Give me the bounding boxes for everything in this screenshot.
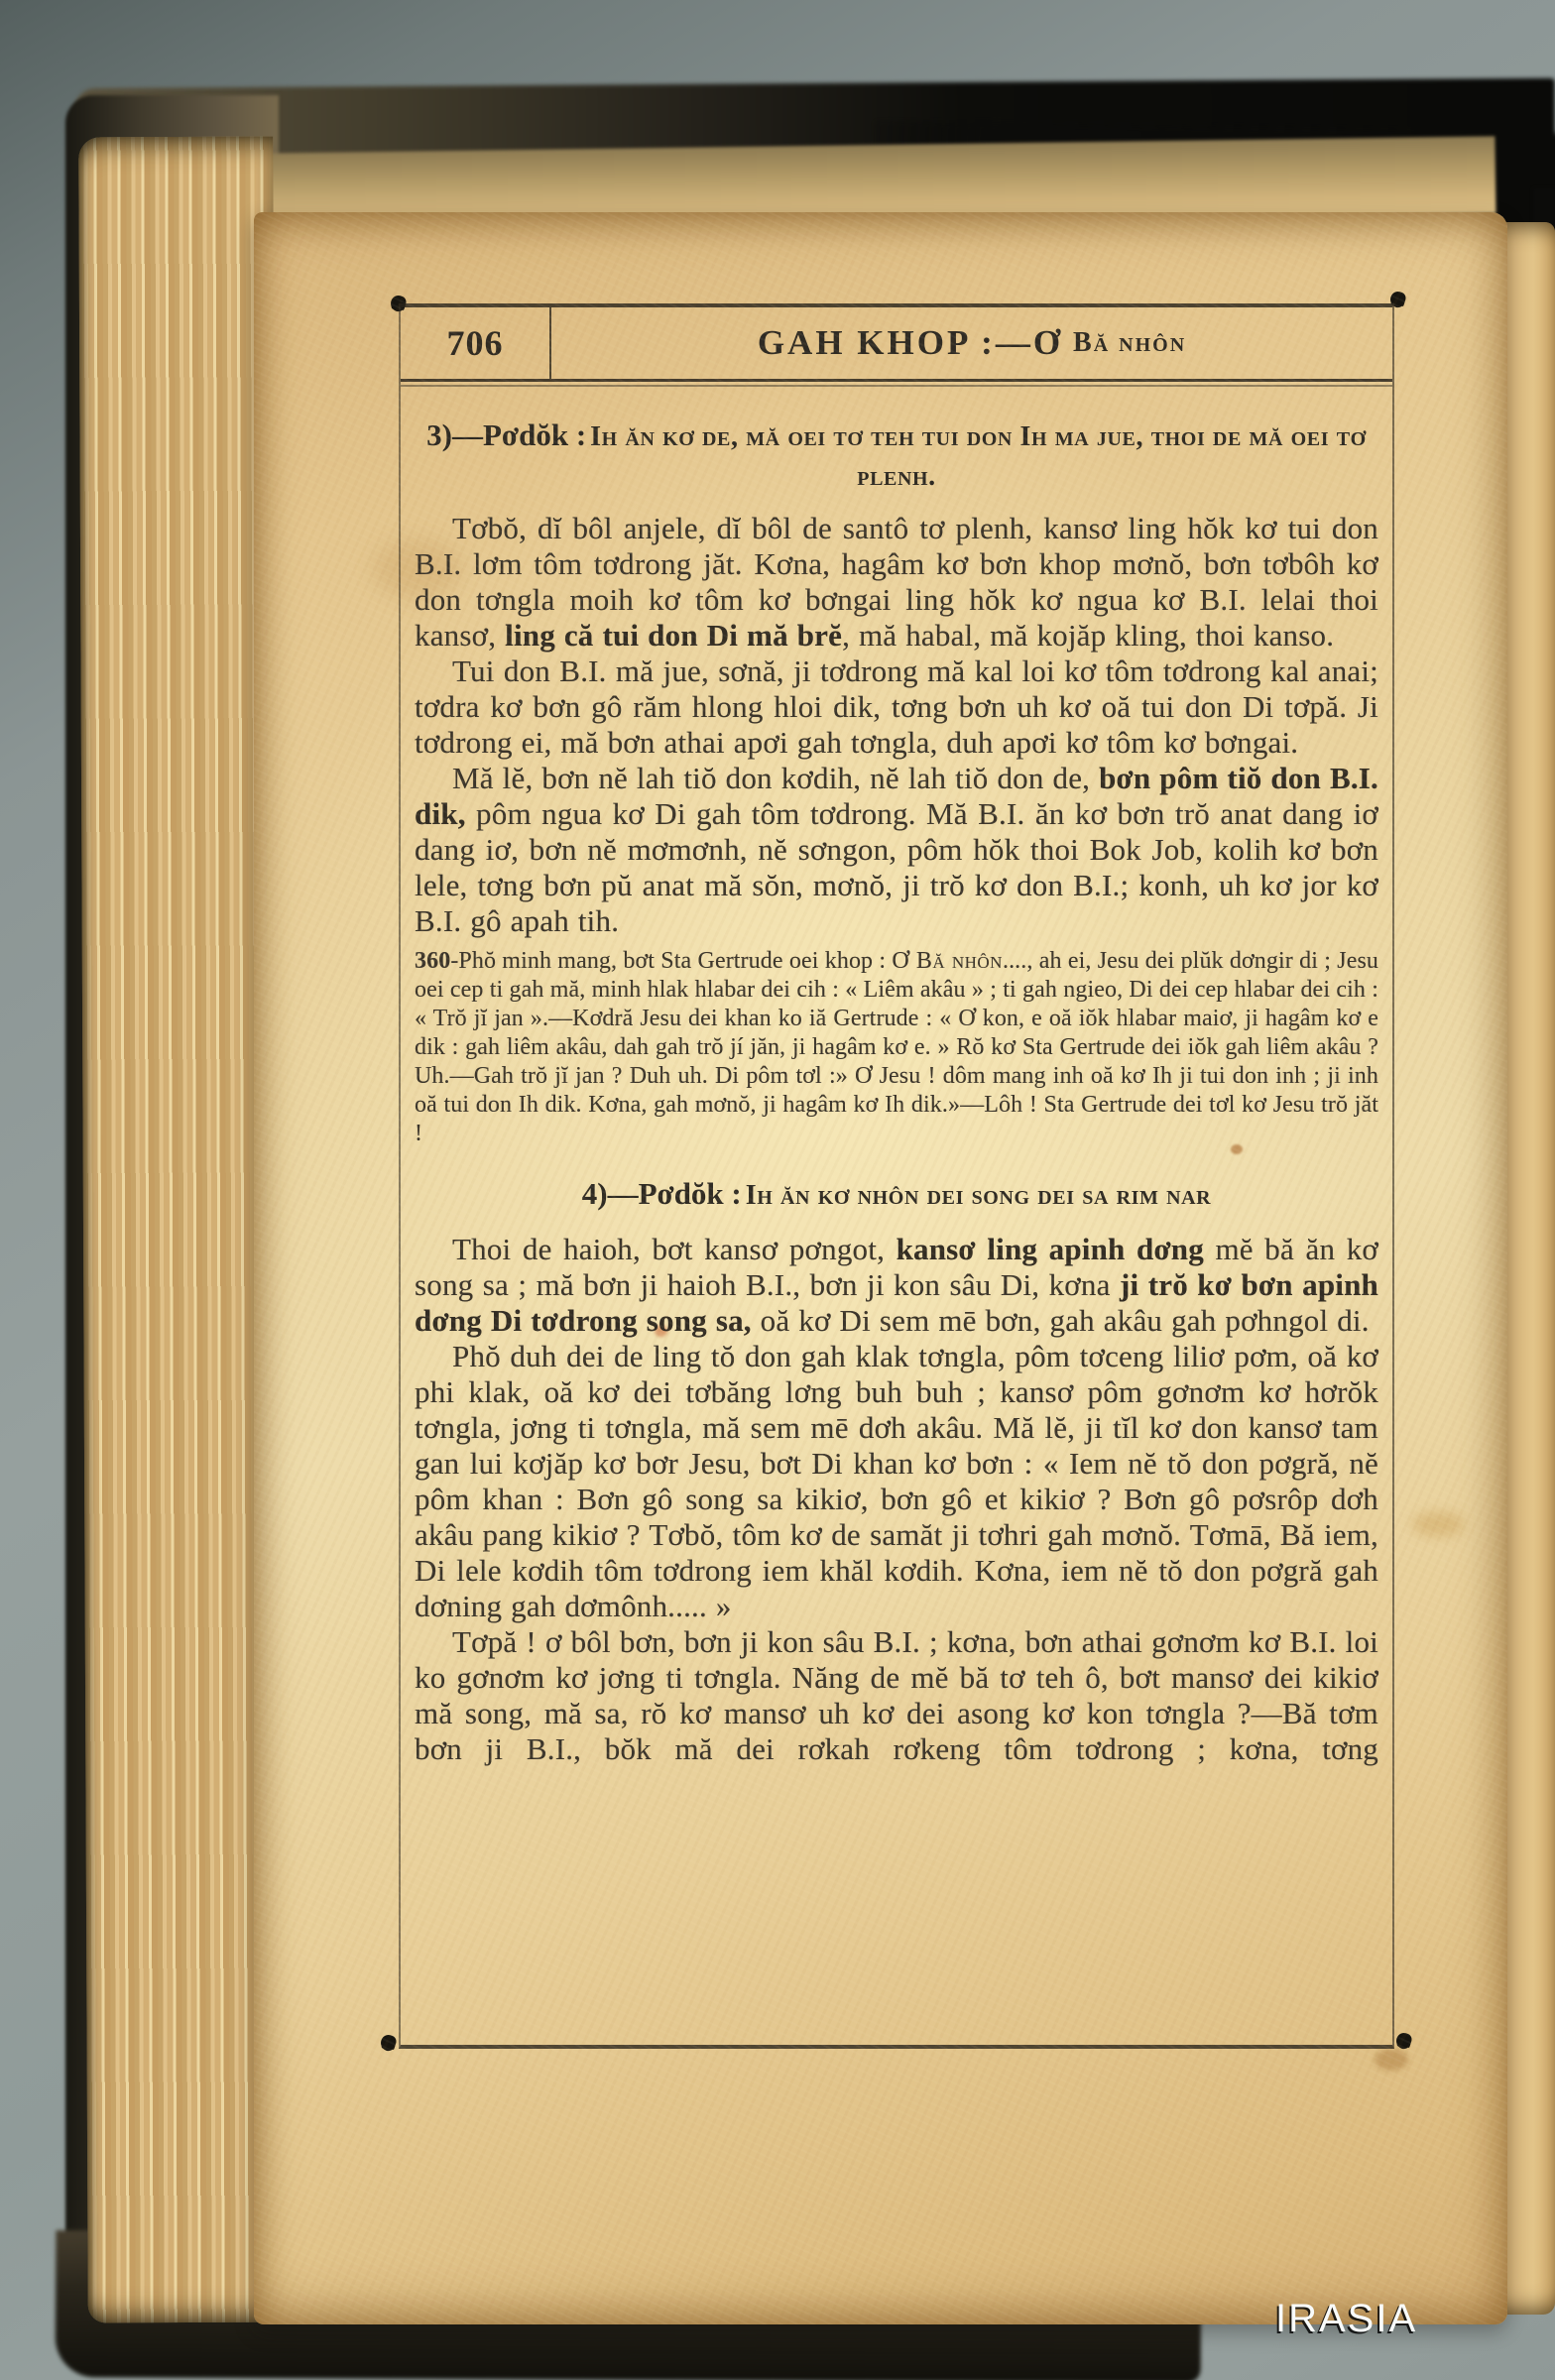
page-stack-left-edges <box>78 137 283 2323</box>
page-number: 706 <box>401 307 551 379</box>
footnote-number: 360 <box>415 948 450 974</box>
bold-phrase: kansơ ling apinh dơng <box>897 1232 1204 1266</box>
running-title-main: GAH KHOP :—Ơ <box>758 323 1063 363</box>
section-4-heading: 4)—Pơdŏk : Ih ăn kơ nhôn dei song dei sa… <box>415 1172 1378 1216</box>
footnote-360: 360-Phŏ minh mang, bơt Sta Gertrude oei … <box>415 947 1378 1148</box>
printer-mark-bottom-right <box>1394 2031 1413 2051</box>
running-title: GAH KHOP :—Ơ Bă nhôn <box>551 307 1392 379</box>
running-title-smallcaps: Bă nhôn <box>1073 327 1186 359</box>
footnote-text: -Phŏ minh mang, bơt Sta Gertrude oei kho… <box>450 948 892 974</box>
section-4-label: 4)—Pơdŏk : <box>582 1176 742 1211</box>
paragraph-1: Tơbŏ, dĭ bôl anjele, dĭ bôl de santô tơ … <box>415 511 1378 654</box>
book-page: 706 GAH KHOP :—Ơ Bă nhôn 3)—Pơdŏk : Ih ă… <box>254 212 1507 2324</box>
stain <box>1412 1511 1464 1537</box>
paragraph-text: oă kơ Di sem mē bơn, gah akâu gah pơhngo… <box>752 1303 1370 1338</box>
footnote-text: ...., ah ei, Jesu dei plŭk dơngir di ; J… <box>415 948 1378 1146</box>
section-4-title: Ih ăn kơ nhôn dei song dei sa rim nar <box>746 1180 1211 1211</box>
paragraph-6: Tơpă ! ơ bôl bơn, bơn ji kon sâu B.I. ; … <box>415 1624 1378 1767</box>
print-frame: 706 GAH KHOP :—Ơ Bă nhôn 3)—Pơdŏk : Ih ă… <box>399 303 1394 2049</box>
running-header: 706 GAH KHOP :—Ơ Bă nhôn <box>401 307 1392 382</box>
paragraph-3: Mă lĕ, bơn nĕ lah tiŏ don kơdih, nĕ lah … <box>415 761 1378 939</box>
paragraph-text: Thoi de haioh, bơt kansơ pơngot, <box>452 1232 897 1266</box>
watermark-irasia: IRASIA <box>1275 2297 1417 2341</box>
paragraph-text: Tơpă ! ơ bôl bơn, bơn ji kon sâu B.I. ; … <box>415 1624 1378 1766</box>
section-3-title: Ih ăn kơ de, mă oei tơ teh tui don Ih ma… <box>590 421 1367 492</box>
text-column: 3)—Pơdŏk : Ih ăn kơ de, mă oei tơ teh tu… <box>401 382 1392 1767</box>
paragraph-4: Thoi de haioh, bơt kansơ pơngot, kansơ l… <box>415 1232 1378 1339</box>
paragraph-2: Tui don B.I. mă jue, sơnă, ji tơdrong mă… <box>415 654 1378 761</box>
paragraph-5: Phŏ duh dei de ling tŏ don gah klak tơng… <box>415 1339 1378 1624</box>
bold-phrase: ling că tui don Di mă brĕ <box>505 618 842 653</box>
stain <box>1375 2049 1408 2071</box>
invocation-smallcaps: Ơ Bă nhôn <box>892 948 1003 974</box>
paragraph-text: Mă lĕ, bơn nĕ lah tiŏ don kơdih, nĕ lah … <box>452 761 1099 795</box>
paragraph-text: , mă habal, mă kojăp kling, thoi kanso. <box>842 618 1334 653</box>
paragraph-text: Phŏ duh dei de ling tŏ don gah klak tơng… <box>415 1339 1378 1623</box>
printer-mark-bottom-left <box>379 2033 398 2053</box>
scanned-book-photo: 706 GAH KHOP :—Ơ Bă nhôn 3)—Pơdŏk : Ih ă… <box>0 0 1555 2380</box>
section-3-label: 3)—Pơdŏk : <box>426 417 586 452</box>
paragraph-text: pôm ngua kơ Di gah tôm tơdrong. Mă B.I. … <box>415 796 1378 938</box>
section-3-heading: 3)—Pơdŏk : Ih ăn kơ de, mă oei tơ teh tu… <box>415 414 1378 497</box>
paragraph-text: Tui don B.I. mă jue, sơnă, ji tơdrong mă… <box>415 654 1378 760</box>
